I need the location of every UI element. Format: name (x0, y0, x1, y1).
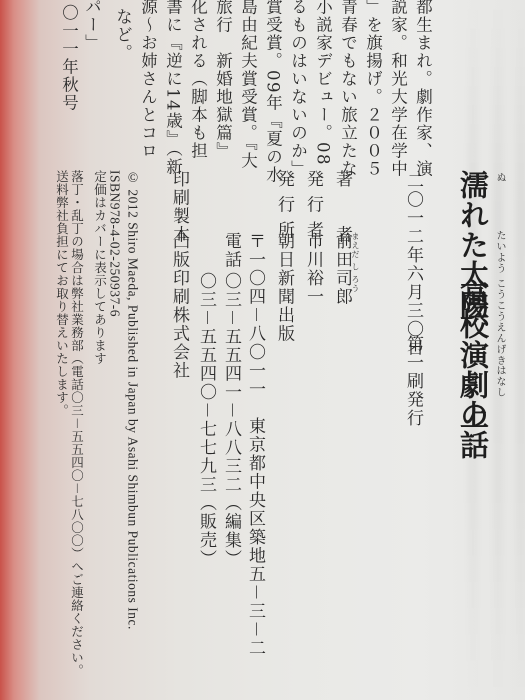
title-ruby-koukouengeki: こうこうえんげき (492, 278, 507, 366)
bio-line: など。 (114, 8, 131, 62)
first-published-line: 〇一一年秋号 (60, 4, 77, 112)
publisher-person: 市川裕一 (304, 232, 321, 306)
price-note: 定価はカバーに表示してあります (93, 170, 106, 365)
bio-line: 都生まれ。劇作家、演 (414, 0, 431, 178)
phone-sales: 〇三－五五四〇－七七九三（販売） (197, 272, 214, 568)
defect-note-2: 送料弊社負担にてお取り替えいたします。 (55, 170, 68, 417)
defect-note-1: 落丁・乱丁の場合は弊社業務部（電話〇三－五五四〇－七八〇〇）へご連絡ください。 (70, 170, 83, 677)
publisher-person-label: 発 行 者 (304, 170, 321, 239)
author-name: 前田司郎 (333, 232, 350, 306)
bio-line: 書に『逆に14歳』（新 (164, 0, 181, 176)
phone-label: 電話 (222, 232, 239, 269)
bio-line: 源～お姉さんとコロ (139, 0, 156, 160)
first-published-line: パー」 (83, 0, 100, 52)
bio-line: 島由紀夫賞受賞。『大 (239, 0, 256, 170)
author-ruby: まえだ し ろう (350, 232, 361, 293)
copyright-line: © 2012 Shiro Maeda, Published in Japan b… (126, 170, 140, 630)
edition-date: 二〇一二年六月三〇日 (404, 172, 421, 357)
bleed-through-stripe (516, 0, 525, 700)
bio-line: 化される（脚本も担 (189, 0, 206, 160)
phone-editorial: 〇三－五五四一－八八三二（編集） (222, 272, 239, 568)
bio-line: 青春でもない旅立たな (339, 0, 356, 178)
isbn: ISBN978-4-02-250937-6 (108, 170, 122, 317)
edition-printing: 第一刷発行 (404, 335, 421, 428)
bio-line: るものはいないのか」 (289, 0, 306, 178)
title-ruby-nu: ぬ (492, 172, 507, 183)
publisher-name: 朝日新聞出版 (275, 232, 292, 343)
publisher-label: 発 行 所 (275, 170, 292, 239)
bio-line: 賞受賞。09年『夏の水 (264, 0, 281, 184)
bio-line: 」を旗揚げ。２００５ (364, 0, 381, 178)
bio-line: 旅行 新婚地獄篇』 (214, 0, 231, 160)
bio-line: 小説家デビュー。08 (314, 0, 331, 166)
postal-address: 〒一〇四－八〇一一 東京都中央区築地五－三－二 (246, 232, 263, 658)
title-ruby-hanashi: はなし (492, 365, 507, 398)
printer-name: 凸版印刷株式会社 (170, 232, 187, 380)
title-subtitle: 高校演劇の話 (458, 280, 487, 460)
bio-line: 説家。和光大学在学中 (389, 0, 406, 178)
title-volume: 上 (458, 400, 487, 430)
title-ruby-taiyou: たいよう (492, 230, 507, 274)
